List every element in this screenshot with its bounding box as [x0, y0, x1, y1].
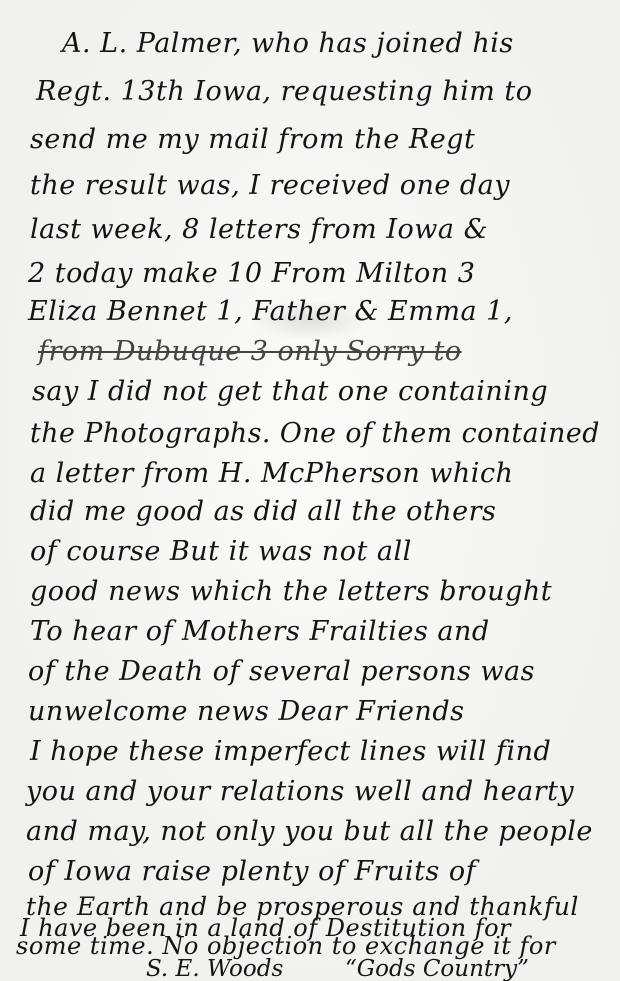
- letter-line-19: you and your relations well and hearty: [26, 776, 574, 807]
- letter-line-10: the Photographs. One of them contained: [30, 418, 600, 449]
- letter-line-1: A. L. Palmer, who has joined his: [62, 28, 514, 59]
- letter-line-15: To hear of Mothers Frailties and: [30, 616, 490, 647]
- letter-line-18: I hope these imperfect lines will find: [30, 736, 551, 767]
- letter-line-13: of course But it was not all: [30, 536, 412, 567]
- letter-line-3: send me my mail from the Regt: [30, 124, 475, 155]
- letter-line-21: of Iowa raise plenty of Fruits of: [28, 856, 476, 887]
- letter-line-17: unwelcome news Dear Friends: [28, 696, 464, 727]
- letter-line-5: last week, 8 letters from Iowa &: [30, 214, 488, 245]
- letter-line-12: did me good as did all the others: [30, 496, 496, 527]
- letter-page: A. L. Palmer, who has joined his Regt. 1…: [0, 0, 620, 981]
- closing-quote: “Gods Country”: [345, 956, 529, 981]
- letter-line-11: a letter from H. McPherson which: [30, 458, 513, 489]
- letter-line-4: the result was, I received one day: [30, 170, 510, 201]
- letter-line-14: good news which the letters brought: [30, 576, 552, 607]
- signature: S. E. Woods: [146, 956, 283, 981]
- letter-line-2: Regt. 13th Iowa, requesting him to: [36, 76, 533, 107]
- letter-line-7: Eliza Bennet 1, Father & Emma 1,: [28, 296, 513, 327]
- letter-line-16: of the Death of several persons was: [28, 656, 535, 687]
- letter-line-20: and may, not only you but all the people: [26, 816, 593, 847]
- letter-line-6: 2 today make 10 From Milton 3: [28, 258, 475, 289]
- letter-line-9: say I did not get that one containing: [32, 376, 548, 407]
- letter-line-8-struck: from Dubuque 3 only Sorry to: [38, 336, 462, 367]
